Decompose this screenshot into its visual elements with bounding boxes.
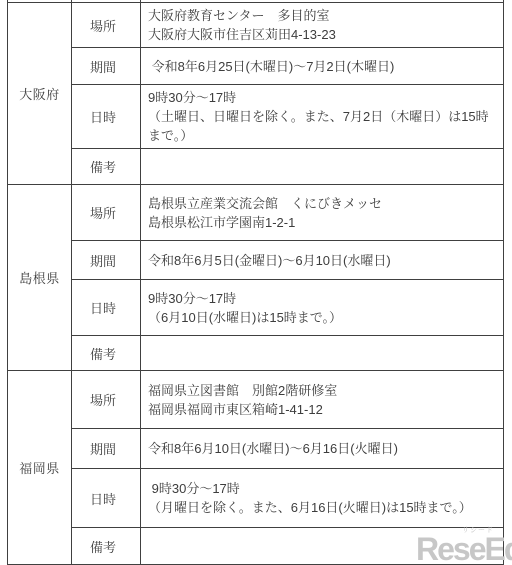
datetime-value-osaka: 9時30分～17時 （土曜日、日曜日を除く。また、7月2日（木曜日）は15時まで… <box>141 85 504 149</box>
period-value-fukuoka: 令和8年6月10日(水曜日)～6月16日(火曜日) <box>141 429 504 469</box>
prefecture-cell-osaka: 大阪府 <box>8 3 72 185</box>
place-value-osaka: 大阪府教育センター 多目的室 大阪府大阪市住吉区苅田4-13-23 <box>141 3 504 48</box>
period-value-shimane: 令和8年6月5日(金曜日)～6月10日(水曜日) <box>141 241 504 280</box>
table-row: 日時 9時30分～17時 （土曜日、日曜日を除く。また、7月2日（木曜日）は15… <box>8 85 504 149</box>
notes-value-shimane <box>141 336 504 371</box>
table-row: 期間 令和8年6月25日(木曜日)～7月2日(木曜日) <box>8 48 504 85</box>
table-row: 福岡県 場所 福岡県立図書館 別館2階研修室 福岡県福岡市東区箱崎1-41-12 <box>8 371 504 429</box>
row-label-place: 場所 <box>72 185 141 241</box>
table-row: 大阪府 場所 大阪府教育センター 多目的室 大阪府大阪市住吉区苅田4-13-23 <box>8 3 504 48</box>
notes-value-fukuoka <box>141 528 504 565</box>
row-label-place: 場所 <box>72 371 141 429</box>
row-label-datetime: 日時 <box>72 280 141 336</box>
row-label-period: 期間 <box>72 241 141 280</box>
prefecture-cell-fukuoka: 福岡県 <box>8 371 72 565</box>
place-value-fukuoka: 福岡県立図書館 別館2階研修室 福岡県福岡市東区箱崎1-41-12 <box>141 371 504 429</box>
row-label-period: 期間 <box>72 48 141 85</box>
row-label-notes: 備考 <box>72 528 141 565</box>
row-label-notes: 備考 <box>72 149 141 185</box>
exam-venue-table: 大阪府 場所 大阪府教育センター 多目的室 大阪府大阪市住吉区苅田4-13-23… <box>7 0 504 565</box>
table-row: 備考 <box>8 528 504 565</box>
prefecture-cell-shimane: 島根県 <box>8 185 72 371</box>
datetime-value-shimane: 9時30分～17時 （6月10日(水曜日)は15時まで。） <box>141 280 504 336</box>
period-value-osaka: 令和8年6月25日(木曜日)～7月2日(木曜日) <box>141 48 504 85</box>
table-row: 備考 <box>8 336 504 371</box>
notes-value-osaka <box>141 149 504 185</box>
table-row: 期間 令和8年6月10日(水曜日)～6月16日(火曜日) <box>8 429 504 469</box>
row-label-place: 場所 <box>72 3 141 48</box>
page: 大阪府 場所 大阪府教育センター 多目的室 大阪府大阪市住吉区苅田4-13-23… <box>0 0 512 565</box>
row-label-period: 期間 <box>72 429 141 469</box>
table-row: 期間 令和8年6月5日(金曜日)～6月10日(水曜日) <box>8 241 504 280</box>
datetime-value-fukuoka: 9時30分～17時 （月曜日を除く。また、6月16日(火曜日)は15時まで。） <box>141 469 504 528</box>
row-label-datetime: 日時 <box>72 469 141 528</box>
place-value-shimane: 島根県立産業交流会館 くにびきメッセ 島根県松江市学園南1-2-1 <box>141 185 504 241</box>
table-row: 日時 9時30分～17時 （6月10日(水曜日)は15時まで。） <box>8 280 504 336</box>
table-row: 備考 <box>8 149 504 185</box>
row-label-datetime: 日時 <box>72 85 141 149</box>
table-row: 日時 9時30分～17時 （月曜日を除く。また、6月16日(火曜日)は15時まで… <box>8 469 504 528</box>
row-label-notes: 備考 <box>72 336 141 371</box>
table-row: 島根県 場所 島根県立産業交流会館 くにびきメッセ 島根県松江市学園南1-2-1 <box>8 185 504 241</box>
